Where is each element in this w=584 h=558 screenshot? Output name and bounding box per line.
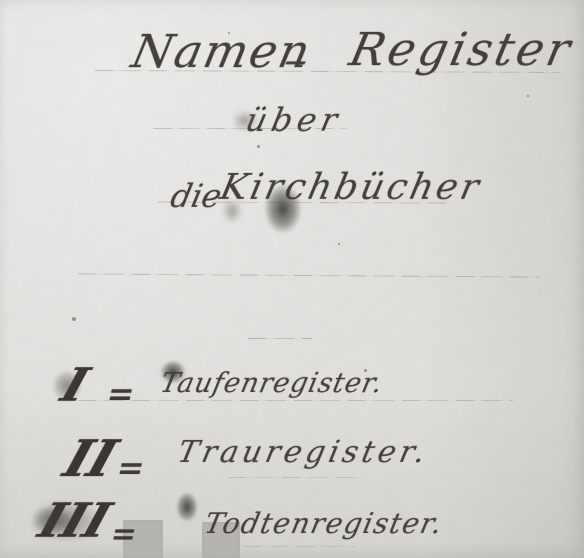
scribble-core-numeral-iii	[32, 505, 74, 535]
ink-blot-on-kirchbuecher	[264, 184, 302, 234]
ruled-line-row-1	[78, 400, 513, 401]
register-entry-row-1: I = Taufenregister.	[0, 358, 584, 428]
equals-sign-1: =	[104, 378, 138, 410]
paper-speck	[257, 145, 260, 148]
register-entry-row-2: II = Trauregister.	[0, 428, 584, 498]
smudge-left-of-ueber	[232, 110, 258, 132]
ruled-line-middle-short	[248, 338, 312, 339]
paper-speck	[527, 95, 529, 97]
blot-above-taufenregister	[160, 360, 186, 384]
scanned-manuscript-page: Namen – Register über die Kirchbücher I …	[0, 0, 584, 558]
entry-label-trauregister: Trauregister.	[175, 438, 432, 468]
ruled-line-row-3	[243, 546, 355, 547]
entry-label-todtenregister: Todtenregister.	[202, 510, 446, 538]
smudge-on-numeral-i	[52, 370, 82, 402]
subtitle-ueber: über	[243, 104, 345, 136]
subject-word-kirchbuecher: Kirchbücher	[217, 170, 485, 206]
small-blot-left-of-kirchbuecher	[222, 198, 242, 224]
ruled-line-middle-long	[78, 273, 540, 277]
paper-speck	[338, 243, 340, 245]
roman-numeral-ii: II	[58, 434, 122, 484]
title-word-register: Register	[346, 26, 577, 72]
blot-above-todtenregister	[176, 492, 198, 522]
ruled-line-row-2	[228, 477, 363, 478]
equals-sign-2: =	[114, 452, 148, 484]
entry-label-taufenregister: Taufenregister.	[158, 370, 386, 397]
paper-speck	[364, 369, 367, 372]
paper-speck	[228, 32, 230, 34]
paper-speck	[72, 317, 76, 321]
